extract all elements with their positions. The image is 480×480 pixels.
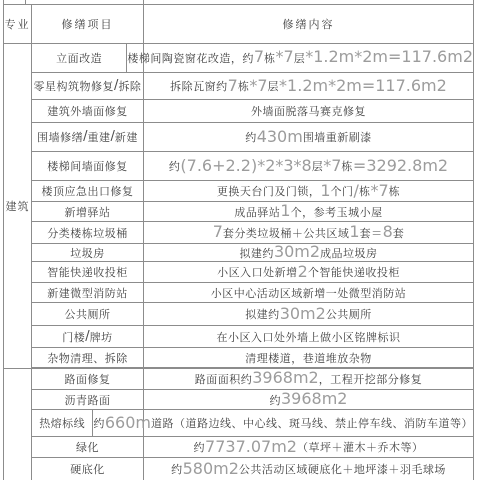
- project-cell: 围墙修缮/重建/新建: [32, 123, 144, 151]
- project-cell: 立面改造: [32, 43, 127, 72]
- table-row: 楼梯间墙面修复 约(7.6+2.2)*2*3*8层*7栋=3292.8m2: [32, 152, 473, 181]
- table-outer-right-border: [473, 0, 474, 480]
- project-cell: 建筑外墙面修复: [32, 100, 144, 122]
- content-cell: 拆除瓦窗约7栋*7层*1.2m*2m=117.6m2: [144, 73, 473, 99]
- section-label-architecture: 建筑: [4, 44, 31, 368]
- table-row: 硬底化 约580m2公共活动区域硬底化＋地坪漆＋羽毛球场: [32, 458, 473, 480]
- table-row: 公共厕所 拟建约30m2公共厕所: [32, 303, 473, 326]
- project-cell: 新建微型消防站: [32, 283, 144, 302]
- project-cell: 楼顶应急出口修复: [32, 181, 144, 201]
- table-row: 分类楼栋垃圾桶 7套分类垃圾桶＋公共区域1套＝8套: [32, 222, 473, 244]
- content-cell: 约(7.6+2.2)*2*3*8层*7栋=3292.8m2: [144, 152, 473, 180]
- content-cell: 路面面积约3968m2，工程开挖部分修复: [144, 368, 473, 389]
- table-row: 绿化 约7737.07m2（草坪＋灌木＋乔木等）: [32, 437, 473, 458]
- content-cell: 约3968m2: [144, 390, 473, 409]
- project-cell: 门楼/牌坊: [32, 326, 144, 347]
- column-header-project: 修缮项目: [32, 5, 143, 43]
- table-row: 建筑外墙面修复 外墙面脱落马赛克修复: [32, 100, 473, 123]
- content-cell: 成品驿站1个，参考玉城小屋: [144, 202, 473, 221]
- project-cell: 杂物清理、拆除: [32, 348, 144, 367]
- table-row: 沥青路面 约3968m2: [32, 390, 473, 410]
- table-body: 立面改造 楼梯间陶瓷窗花改造，约7栋*7层*1.2m*2m=117.6m2 零星…: [32, 43, 473, 480]
- project-cell: 沥青路面: [32, 390, 144, 409]
- project-cell: 新增驿站: [32, 202, 144, 221]
- content-cell: 清理楼道，巷道堆放杂物: [144, 348, 473, 367]
- table-row: 新建微型消防站 小区中心活动区域新增一处微型消防站: [32, 283, 473, 303]
- project-cell: 路面修复: [32, 368, 144, 389]
- content-cell: 7套分类垃圾桶＋公共区域1套＝8套: [144, 222, 473, 243]
- project-cell: 垃圾房: [32, 244, 144, 261]
- content-cell: 约430m围墙重新刷漆: [144, 123, 473, 151]
- content-cell: 约660m道路（道路边线、中心线、斑马线、禁止停车线、消防车道等）: [93, 410, 473, 436]
- content-cell: 拟建约30m2公共厕所: [144, 303, 473, 325]
- table-row: 智能快递收投柜 小区入口处新增2个智能快递收投柜: [32, 262, 473, 283]
- table-row: 围墙修缮/重建/新建 约430m围墙重新刷漆: [32, 123, 473, 152]
- project-cell: 智能快递收投柜: [32, 262, 144, 282]
- project-cell: 硬底化: [32, 458, 144, 480]
- column-header-content: 修缮内容: [144, 5, 473, 43]
- project-cell: 绿化: [32, 437, 144, 457]
- table-row: 楼顶应急出口修复 更换天台门及门锁，1个门/栋*7栋: [32, 181, 473, 202]
- content-cell: 约7737.07m2（草坪＋灌木＋乔木等）: [144, 437, 473, 457]
- project-cell: 热熔标线: [32, 410, 93, 436]
- table-row: 路面修复 路面面积约3968m2，工程开挖部分修复: [32, 368, 473, 390]
- table-row: 零星构筑物修复/拆除 拆除瓦窗约7栋*7层*1.2m*2m=117.6m2: [32, 73, 473, 100]
- table-row: 立面改造 楼梯间陶瓷窗花改造，约7栋*7层*1.2m*2m=117.6m2: [32, 43, 473, 73]
- content-cell: 楼梯间陶瓷窗花改造，约7栋*7层*1.2m*2m=117.6m2: [127, 43, 473, 72]
- content-cell: 外墙面脱落马赛克修复: [144, 100, 473, 122]
- project-cell: 公共厕所: [32, 303, 144, 325]
- project-cell: 分类楼栋垃圾桶: [32, 222, 144, 243]
- column-header-specialty: 专业: [4, 5, 31, 43]
- project-cell: 零星构筑物修复/拆除: [32, 73, 144, 99]
- content-cell: 在小区入口处外墙上做小区铭牌标识: [144, 326, 473, 347]
- section-label-second: [4, 369, 31, 480]
- content-cell: 小区中心活动区域新增一处微型消防站: [144, 283, 473, 302]
- table-row: 门楼/牌坊 在小区入口处外墙上做小区铭牌标识: [32, 326, 473, 348]
- content-cell: 小区入口处新增2个智能快递收投柜: [144, 262, 473, 282]
- table-row: 杂物清理、拆除 清理楼道，巷道堆放杂物: [32, 348, 473, 368]
- content-cell: 拟建约30m2成品垃圾房: [144, 244, 473, 261]
- repair-spec-table: 专业 修缮项目 修缮内容 建筑 立面改造 楼梯间陶瓷窗花改造，约7栋*7层*1.…: [0, 0, 480, 480]
- table-row: 热熔标线 约660m道路（道路边线、中心线、斑马线、禁止停车线、消防车道等）: [32, 410, 473, 437]
- project-cell: 楼梯间墙面修复: [32, 152, 144, 180]
- table-row: 新增驿站 成品驿站1个，参考玉城小屋: [32, 202, 473, 222]
- content-cell: 更换天台门及门锁，1个门/栋*7栋: [144, 181, 473, 201]
- table-row: 垃圾房 拟建约30m2成品垃圾房: [32, 244, 473, 262]
- content-cell: 约580m2公共活动区域硬底化＋地坪漆＋羽毛球场: [144, 458, 473, 480]
